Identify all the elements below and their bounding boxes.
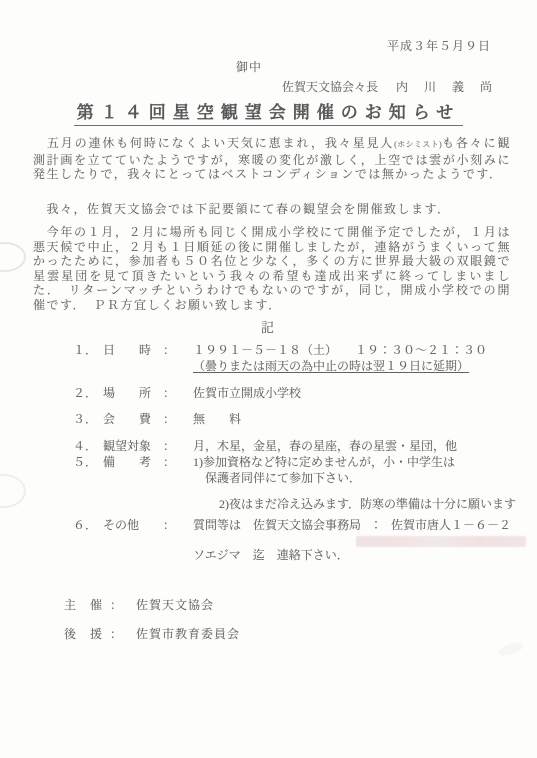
footer-organizer: 主 催 ： 佐賀天文協会: [64, 596, 214, 613]
item-label: 観望対象: [103, 439, 163, 453]
item-colon: ：: [163, 343, 193, 373]
scanned-document-page: 平成３年５月９日 御中 佐賀天文協会々長内 川 義 尚 第１４回星空観望会開催の…: [0, 0, 537, 758]
item-label: 備 考: [103, 455, 163, 511]
item-colon: ：: [163, 412, 193, 426]
item-colon: ：: [163, 386, 193, 400]
item-datetime: １． 日 時 ： １９９１－５－１８（土） １９：３０～２１：３０ （曇りまたは…: [73, 343, 529, 373]
remarks-line-1: 1)参加資格など特に定めませんが，小・中学生は: [193, 455, 529, 469]
item-label: 場 所: [103, 386, 163, 400]
scan-artifact: [0, 242, 26, 272]
document-title-text: 第１４回星空観望会開催のお知らせ: [74, 98, 464, 126]
item-number: ４．: [73, 439, 103, 453]
item-remarks: ５． 備 考 ： 1)参加資格など特に定めませんが，小・中学生は 保護者同伴にて…: [73, 455, 529, 511]
item-number: ３．: [73, 412, 103, 426]
scan-artifact: [497, 640, 525, 658]
remarks-line-3: 2)夜はまだ冷え込みます．防寒の準備は十分に願います: [219, 497, 529, 511]
sender-organization: 佐賀天文協会々長: [282, 80, 378, 94]
paragraph-weather-ruby: (ホシミスト): [394, 140, 442, 149]
item-colon: ：: [163, 518, 193, 562]
item-number: ２．: [73, 386, 103, 400]
remarks-line-2: 保護者同伴にて参加下さい．: [205, 471, 529, 485]
item-value: １９９１－５－１８（土） １９：３０～２１：３０ （曇りまたは雨天の為中止の時は…: [193, 343, 529, 373]
redaction-box: [356, 536, 526, 547]
item-colon: ：: [163, 455, 193, 511]
support-value: 佐賀市教育委員会: [136, 625, 240, 642]
footer-support: 後 援 ： 佐賀市教育委員会: [64, 625, 240, 642]
item-location: ２． 場 所 ： 佐賀市立開成小学校: [73, 386, 529, 400]
footer-colon: ：: [110, 625, 136, 642]
item-label: 会 費: [103, 412, 163, 426]
item-fee: ３． 会 費 ： 無 料: [73, 412, 529, 426]
item-label: その他: [103, 518, 163, 562]
paragraph-announcement: 我々，佐賀天文協会では下記要領にて春の観望会を開催致します．: [33, 202, 511, 217]
paragraph-weather-pre: 五月の連休も何時になくよい天気に恵まれ，我々星見人: [33, 136, 394, 150]
item-number: ６．: [73, 518, 103, 562]
scan-artifact: [0, 474, 26, 508]
item-label: 日 時: [103, 343, 163, 373]
organizer-value: 佐賀天文協会: [136, 596, 214, 613]
recipient: 御中: [236, 58, 262, 75]
item-colon: ：: [163, 439, 193, 453]
targets-value: 月，木星，金星，春の星座，春の星雲・星団，他: [193, 439, 529, 453]
rain-postpone-note: （曇りまたは雨天の為中止の時は翌１９日に延期）: [193, 359, 469, 373]
item-observation-targets: ４． 観望対象 ： 月，木星，金星，春の星座，春の星雲・星団，他: [73, 439, 529, 453]
paragraph-weather: 五月の連休も何時になくよい天気に恵まれ，我々星見人(ホシミスト)も各々に観測計画…: [33, 136, 511, 182]
sender-name: 内 川 義 尚: [396, 80, 494, 94]
paragraph-history: 今年の１月，２月に場所も同じく開成小学校にて開催予定でしたが，１月は悪天候で中止…: [33, 225, 511, 312]
footer-colon: ：: [110, 596, 136, 613]
contact-address-line: 質問等は 佐賀天文協会事務局 ： 佐賀市唐人１－６－２: [193, 518, 529, 532]
remarks-value: 1)参加資格など特に定めませんが，小・中学生は 保護者同伴にて参加下さい． 2)…: [193, 455, 529, 511]
footer-label: 主 催: [64, 596, 110, 613]
location-value: 佐賀市立開成小学校: [193, 386, 529, 400]
record-marker: 記: [0, 317, 537, 336]
footer-label: 後 援: [64, 625, 110, 642]
item-number: ５．: [73, 455, 103, 511]
fee-value: 無 料: [193, 412, 529, 426]
document-date: 平成３年５月９日: [387, 37, 491, 54]
item-number: １．: [73, 343, 103, 373]
sender-line: 佐賀天文協会々長内 川 義 尚: [282, 78, 494, 95]
document-title: 第１４回星空観望会開催のお知らせ: [0, 98, 537, 126]
datetime-value: １９９１－５－１８（土） １９：３０～２１：３０: [193, 343, 487, 357]
contact-person-line: ソエジマ 迄 連絡下さい．: [193, 548, 529, 562]
